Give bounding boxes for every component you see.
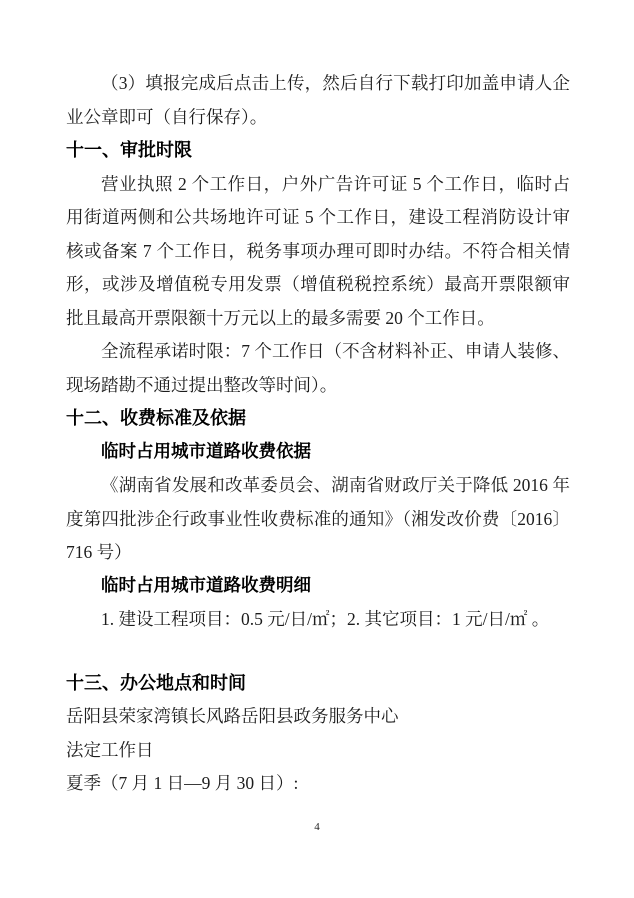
section-13-summer-hours: 夏季（7 月 1 日—9 月 30 日）: [66, 767, 570, 801]
document-page: （3）填报完成后点击上传，然后自行下载打印加盖申请人企业公章即可（自行保存）。 … [0, 0, 634, 898]
section-12-heading: 十二、收费标准及依据 [66, 402, 570, 436]
section-11-paragraph-1: 营业执照 2 个工作日，户外广告许可证 5 个工作日，临时占用街道两侧和公共场地… [66, 168, 570, 336]
section-11-paragraph-2: 全流程承诺时限：7 个工作日（不含材料补正、申请人装修、现场踏勘不通过提出整改等… [66, 335, 570, 402]
lead-paragraph: （3）填报完成后点击上传，然后自行下载打印加盖申请人企业公章即可（自行保存）。 [66, 67, 570, 134]
section-12-basis-paragraph: 《湖南省发展和改革委员会、湖南省财政厅关于降低 2016 年度第四批涉企行政事业… [66, 469, 570, 570]
section-12-detail-heading: 临时占用城市道路收费明细 [66, 570, 570, 604]
page-number: 4 [0, 819, 634, 835]
section-13-address: 岳阳县荣家湾镇长风路岳阳县政务服务中心 [66, 700, 570, 734]
section-12-detail-paragraph: 1. 建设工程项目：0.5 元/日/㎡；2. 其它项目：1 元/日/㎡ 。 [66, 603, 570, 637]
section-13-workdays: 法定工作日 [66, 734, 570, 768]
section-12-basis-heading: 临时占用城市道路收费依据 [66, 436, 570, 470]
section-13-heading: 十三、办公地点和时间 [66, 667, 570, 701]
section-11-heading: 十一、审批时限 [66, 134, 570, 168]
